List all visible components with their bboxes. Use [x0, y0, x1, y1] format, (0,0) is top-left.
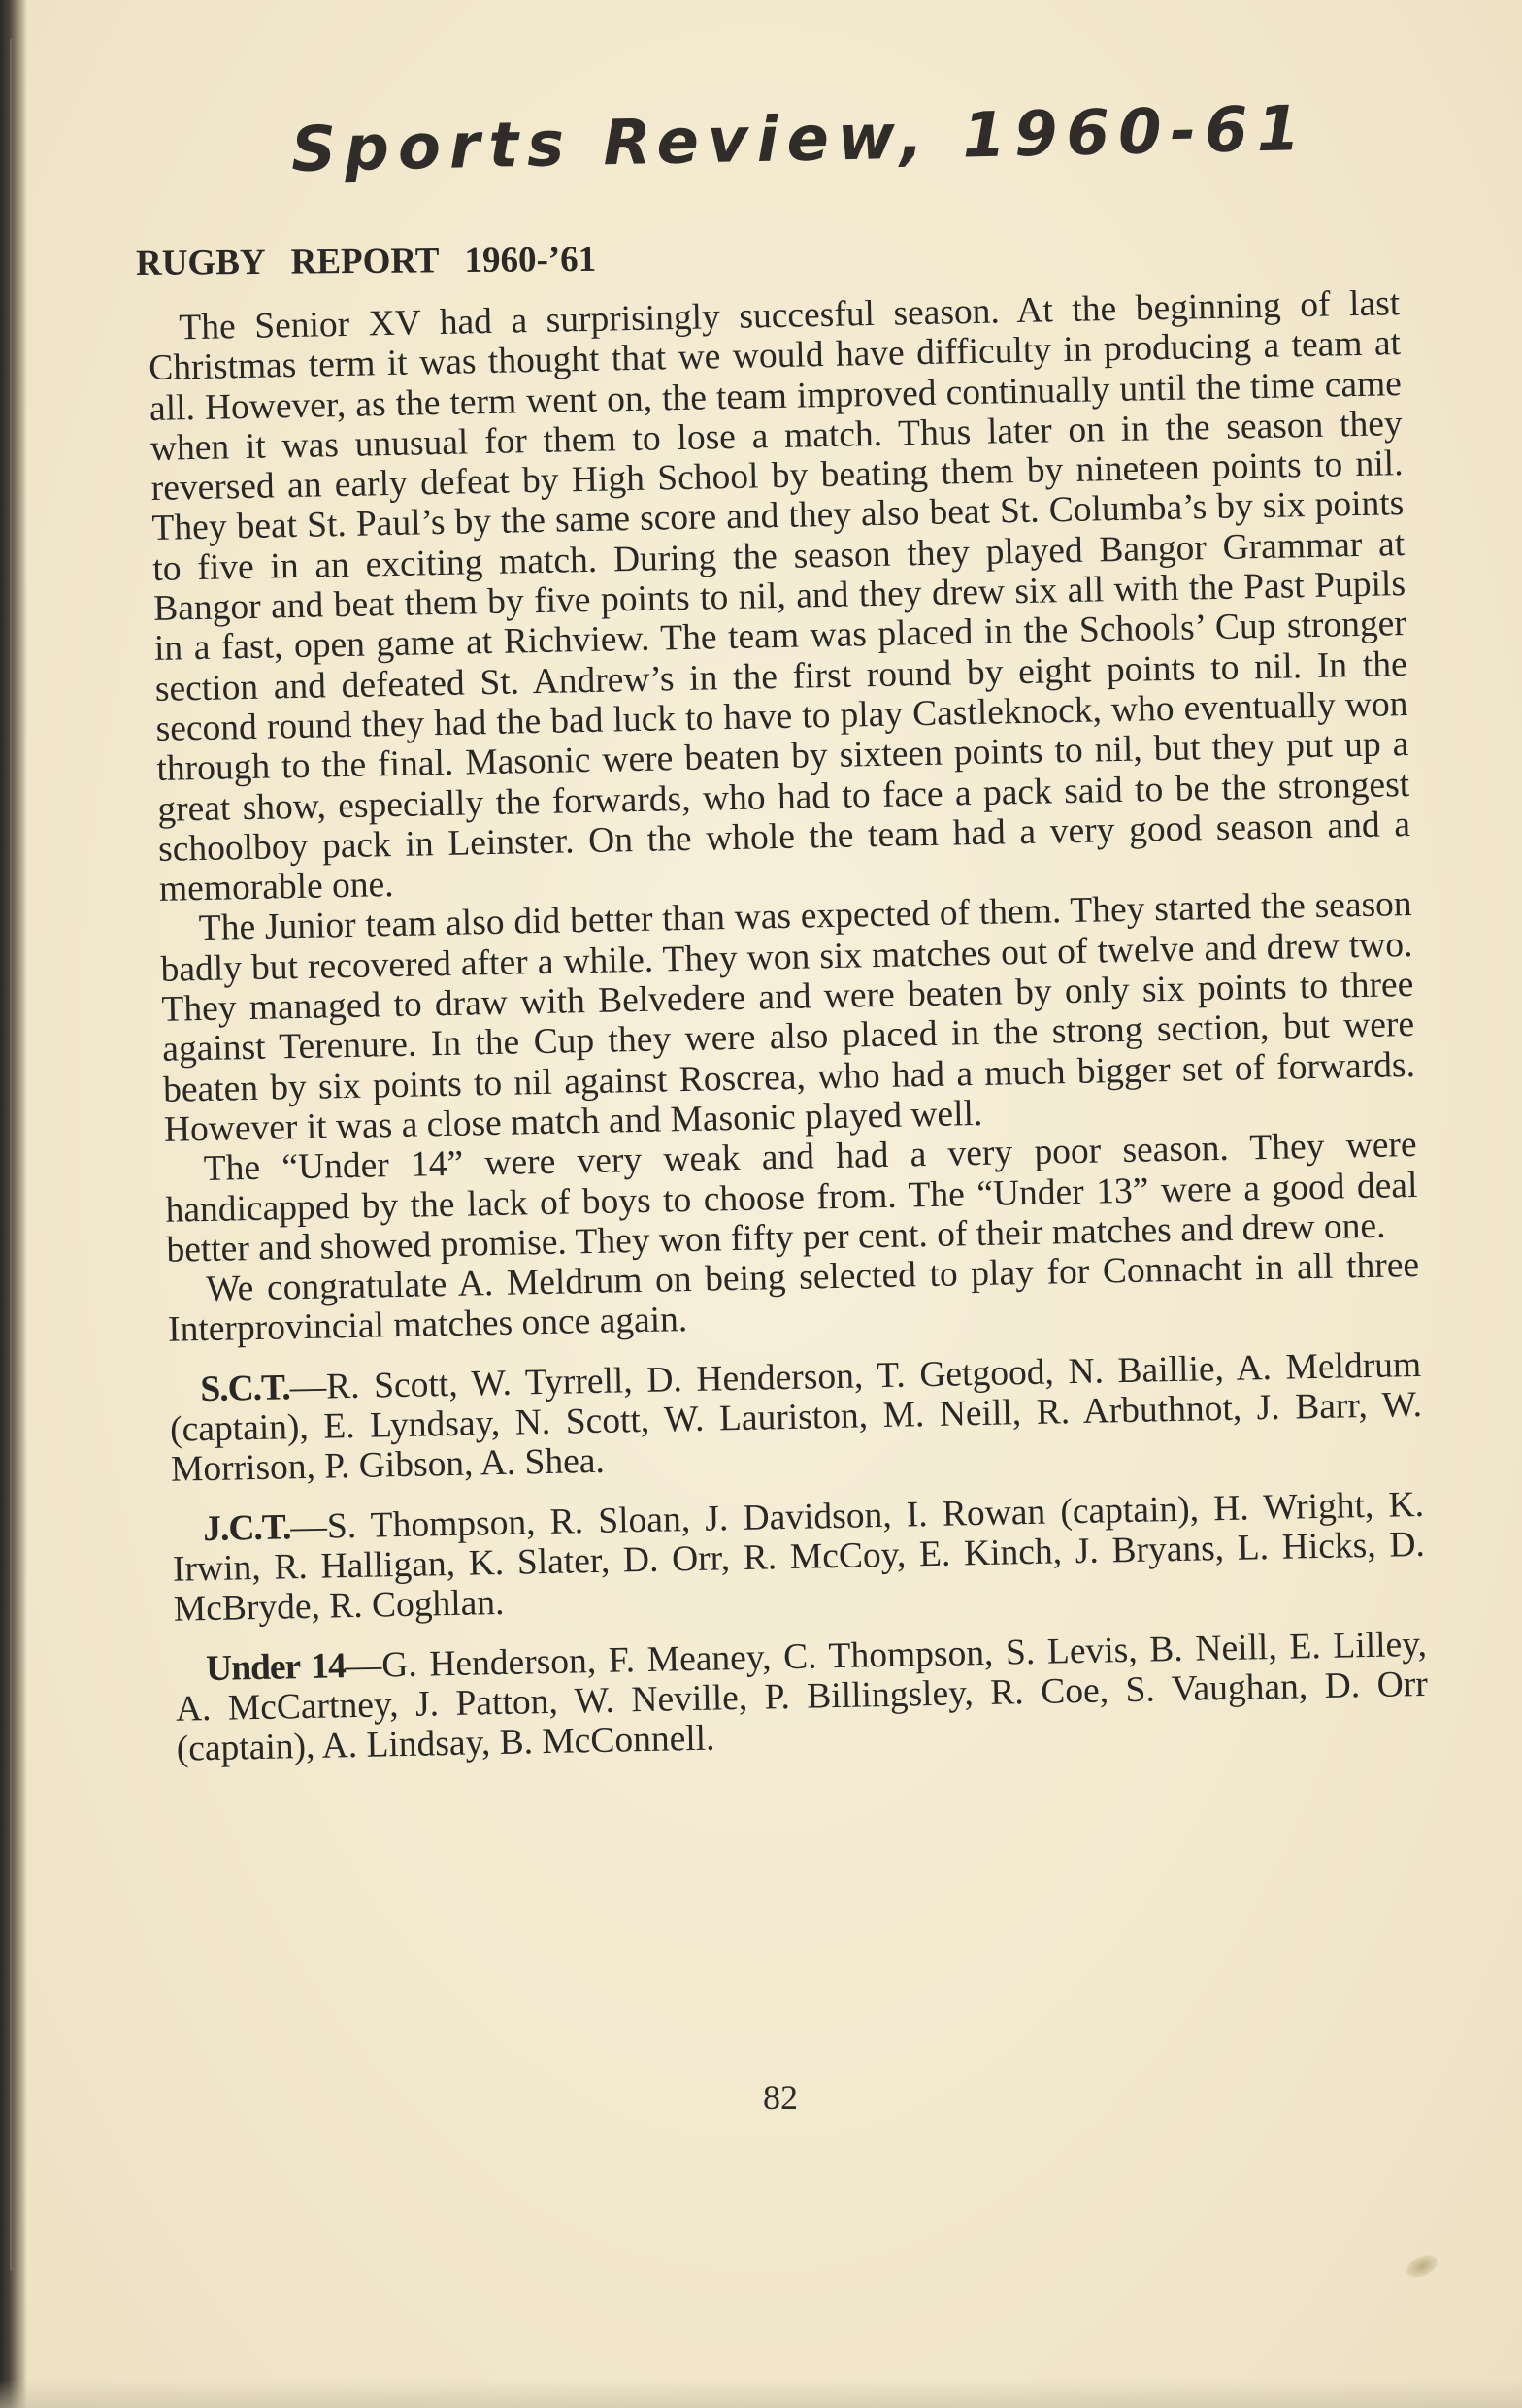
article-body: The Senior XV had a surprisingly succesf…	[148, 283, 1429, 1789]
section-heading-year: 1960-’61	[464, 240, 596, 280]
book-page: Sports Review, 1960-61 RUGBYREPORT1960-’…	[0, 0, 1522, 2408]
paper-stain	[1403, 2251, 1440, 2282]
roster-jct: J.C.T.—S. Thompson, R. Sloan, J. Davidso…	[172, 1484, 1426, 1630]
roster-label: J.C.T.	[203, 1507, 291, 1549]
binding-edge-line	[10, 39, 12, 2271]
roster-sct: S.C.T.—R. Scott, W. Tyrrell, D. Henderso…	[169, 1345, 1423, 1491]
roster-label: S.C.T.	[200, 1368, 290, 1409]
page-bottom-shade	[0, 2379, 1522, 2408]
roster-separator: —	[290, 1506, 327, 1547]
paragraph-junior-team: The Junior team also did better than was…	[159, 884, 1416, 1150]
paragraph-senior-xv: The Senior XV had a surprisingly succesf…	[148, 283, 1411, 909]
roster-label: Under 14	[206, 1646, 346, 1689]
roster-separator: —	[289, 1367, 326, 1407]
roster-separator: —	[345, 1645, 381, 1686]
page-number: 82	[763, 2077, 798, 2118]
roster-players: S. Thompson, R. Sloan, J. Davidson, I. R…	[173, 1484, 1426, 1629]
binding-shadow	[0, 0, 27, 2408]
section-heading-word: REPORT	[290, 241, 439, 281]
roster-players: R. Scott, W. Tyrrell, D. Henderson, T. G…	[170, 1345, 1423, 1490]
section-heading: RUGBYREPORT1960-’61	[136, 239, 622, 284]
roster-under-14: Under 14—G. Henderson, F. Meaney, C. Tho…	[175, 1624, 1429, 1769]
section-heading-word: RUGBY	[136, 243, 266, 283]
page-title: Sports Review, 1960-61	[290, 94, 1262, 186]
